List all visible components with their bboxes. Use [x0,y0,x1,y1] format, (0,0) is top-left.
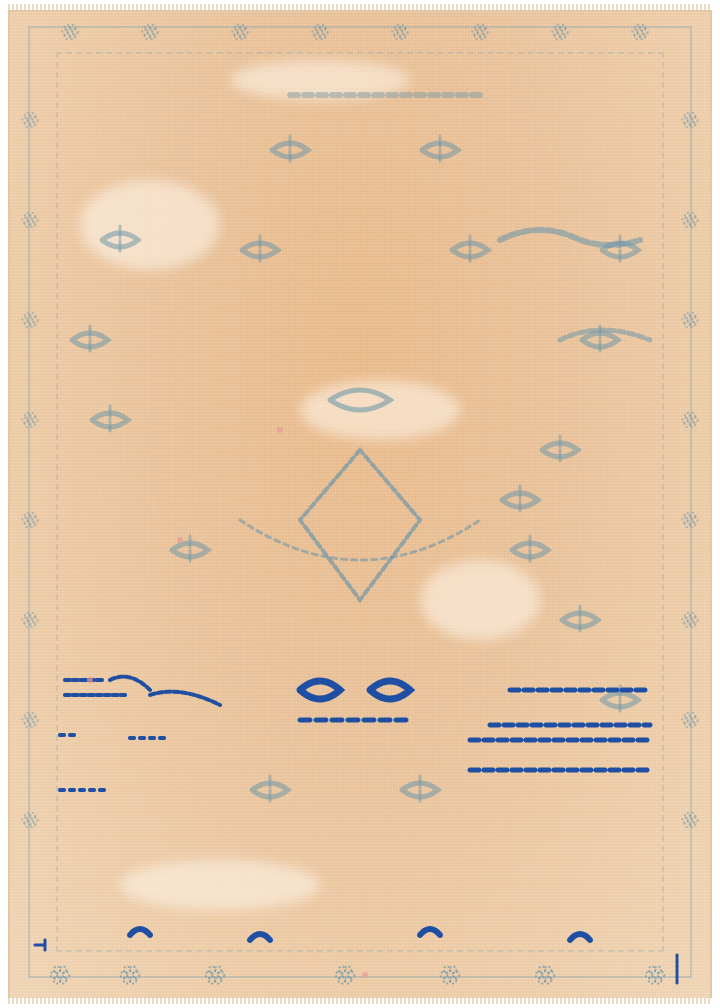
rug-motifs [0,0,720,1008]
rug-fringe-bottom [8,998,712,1004]
